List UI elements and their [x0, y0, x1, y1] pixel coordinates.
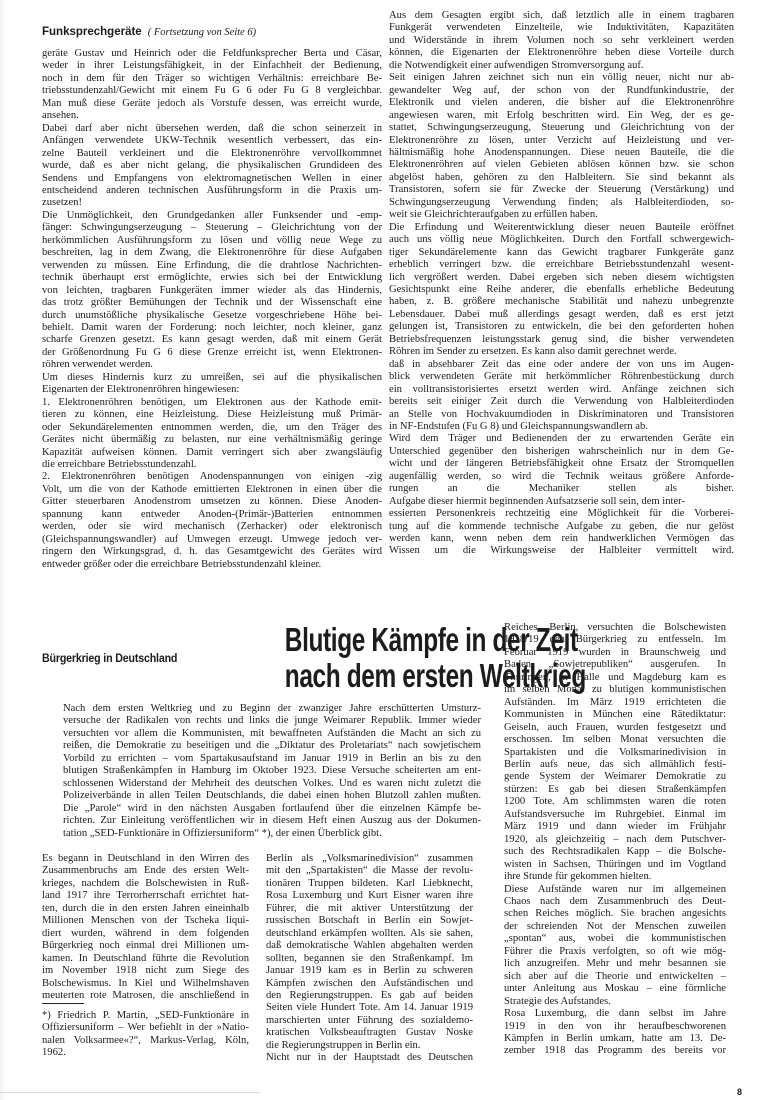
text-line: reißen, die Demokratie zu beseitigen und…	[63, 740, 481, 752]
text-line: such des Rechtsradikalen Kapp – die Bols…	[504, 846, 726, 858]
text-line: Kapazität aufweisen können. Damit verrin…	[42, 447, 382, 459]
article-2-column-3: Reiches, Berlin, versuchten die Bolschew…	[504, 622, 726, 1058]
text-line: ein volltransistorisiertes ersetzt werde…	[389, 384, 734, 396]
text-line: hältnismäßig hohe Anodenspannungen. Dies…	[389, 147, 734, 159]
text-line: gende System der Weimarer Demokratie zu	[504, 771, 726, 783]
text-line: diert wurden, während in dem folgenden	[42, 928, 249, 940]
text-line: essierten Personenkreis rechtzeitig eine…	[389, 508, 734, 520]
text-line: Führer, die mit aktiver Unterstützung de…	[266, 903, 473, 915]
text-line: Wird dem Träger und Bedienenden der zu e…	[389, 433, 734, 445]
text-line: land 1917 ihre Terrorherrschaft errichte…	[42, 890, 249, 902]
text-line: Bolschewismus. In Kiel und Wilhelmshaven	[42, 978, 249, 990]
text-line: entweder größer oder die erreichbare Bet…	[42, 559, 382, 571]
text-line: deutschland erkämpfen wollten. Als sie s…	[266, 928, 473, 940]
text-line: und Widerstände in ihrem Volumen noch so…	[389, 35, 734, 47]
text-line: entscheidend anderen technischen Ausführ…	[42, 185, 382, 197]
text-line: Eigenarten der Elektronenröhren hingewie…	[42, 384, 382, 396]
text-line: Betriebsfrequenzen leistungsstark genug …	[389, 334, 734, 346]
text-line: Sendens und Empfangens von elektromagnet…	[42, 173, 382, 185]
text-line: 1. Elektronenröhren benötigen, um Elektr…	[42, 397, 382, 409]
text-line: kratischen Volksbeauftragten Gustav Nosk…	[266, 1027, 473, 1039]
text-line: den Regierungstruppen. Es gab auf beiden	[266, 990, 473, 1002]
text-line: zusetzen!	[42, 197, 382, 209]
text-line: 1920, als gleichzeitig – nach dem Putsch…	[504, 834, 726, 846]
text-line: Wissen um die Wirkungsweise der Halbleit…	[389, 545, 734, 557]
text-line: geräte Gustav und Heinrich oder die Feld…	[42, 48, 382, 60]
text-line: Es begann in Deutschland in den Wirren d…	[42, 853, 249, 865]
text-line: Man muß diese Geräte jedoch als Vorstufe…	[42, 98, 382, 110]
text-line: Die Erfindung und Weiterentwicklung dies…	[389, 222, 734, 234]
text-line: noch in dem für den Träger so wichtigen …	[42, 73, 382, 85]
text-line: lich vergrößert werden. Dabei ergeben si…	[389, 272, 734, 284]
text-line: Berlin aufs neue, das sich allmählich fe…	[504, 759, 726, 771]
text-line: Elektronenröhre zu lösen, unter Verzicht…	[389, 135, 734, 147]
text-line: triebsstundenzahl/Gewicht mit einem Fu G…	[42, 85, 382, 97]
text-line: „spontan“ aus, wobei die kommunistischen	[504, 933, 726, 945]
text-line: wicht und der längeren Betriebsfähigkeit…	[389, 458, 734, 470]
footnote-rule	[42, 1003, 84, 1004]
text-line: richten. Zur Einleitung veröffentlichen …	[63, 815, 481, 827]
text-line: Thüringen, in Halle und Magdeburg kam es	[504, 672, 726, 684]
text-line: 1918/19 den Bürgerkrieg zu entfesseln. I…	[504, 634, 726, 646]
text-line: Polizeiverbände in allen Teilen Deutschl…	[63, 790, 481, 802]
article-1-left-column: geräte Gustav und Heinrich oder die Feld…	[42, 48, 382, 571]
text-line: Volt, um die von der Kathode emittierten…	[42, 484, 382, 496]
text-line: die Regierungstruppen in Berlin ein.	[266, 1040, 473, 1052]
text-line: Die Unmöglichkeit, den Grundgedanken all…	[42, 210, 382, 222]
text-line: Geiseln, auch Frauen, wurden festgesetzt…	[504, 722, 726, 734]
text-line: Aufgabe dieser hiermit beginnenden Aufsa…	[389, 496, 734, 508]
text-line: marschierten unter Führung des sozialdem…	[266, 1015, 473, 1027]
text-line: Um dieses Hindernis kurz zu umreißen, se…	[42, 372, 382, 384]
section-title-text: Funksprechgeräte	[42, 26, 142, 38]
page-number: 8	[737, 1087, 742, 1097]
text-line: Strategie des Aufstandes.	[504, 996, 726, 1008]
text-line: versuche der Radikalen von rechts und li…	[63, 715, 481, 727]
text-line: Schwingungserzeugung Verwendung finden; …	[389, 197, 734, 209]
text-line: Funkgerät verwendeten Einzelteile, wie I…	[389, 22, 734, 34]
text-line: tionären Truppen bildeten. Karl Liebknec…	[266, 878, 473, 890]
scan-edge	[0, 0, 6, 1100]
text-line: Seit einigen Jahren zeichnet sich nun ei…	[389, 72, 734, 84]
text-line: Aus dem Gesagten ergibt sich, daß letztl…	[389, 10, 734, 22]
text-line: der schreienden Not der Menschen zuweile…	[504, 921, 726, 933]
text-line: können, die Eigenarten der Elektronenröh…	[389, 47, 734, 59]
text-line: erheblich verringert bzw. die erreichbar…	[389, 259, 734, 271]
text-line: abgelöst haben, gehören zu den Halbleite…	[389, 172, 734, 184]
text-line: Die „Parole“ wird in den nächsten Ausgab…	[63, 803, 481, 815]
text-line: die Notwendigkeit einer aufwendigen Stro…	[389, 60, 734, 72]
text-line: schen Reiches möglich. Sie brachen anges…	[504, 908, 726, 920]
article-2-column-2: Berlin als „Volksmarinedivision“ zusamme…	[266, 853, 473, 1065]
text-line: an Stelle von Hochvakuumdioden in Diskri…	[389, 409, 734, 421]
text-line: Bürgerkrieg noch einmal drei Millionen u…	[42, 940, 249, 952]
text-line: Aufstandsversuche im Ruhrgebiet. Einmal …	[504, 809, 726, 821]
text-line: rungen an die Mechaniker stellen als bis…	[389, 483, 734, 495]
text-line: Diese Aufstände waren nur im allgemeinen	[504, 884, 726, 896]
text-line: durch unumstößliche physikalische Gesetz…	[42, 310, 382, 322]
text-line: Chaos nach dem Zusammenbruch des Deut-	[504, 896, 726, 908]
text-line: März 1919 und dann wieder im Frühjahr	[504, 821, 726, 833]
text-line: Spartakisten und die Volksmarinedivision…	[504, 747, 726, 759]
text-line: zember 1918 das Programm des bereits vor	[504, 1045, 726, 1057]
text-line: Kämpfen zwischen den Aufständischen und	[266, 978, 473, 990]
text-line: kamen. In Deutschland führte die Revolut…	[42, 953, 249, 965]
text-line: röhren verwendet werden.	[42, 359, 382, 371]
text-line: nalen Volksarmee«?“, Markus-Verlag, Köln…	[42, 1035, 249, 1047]
footnote: *) Friedrich P. Martin, „SED-Funktionäre…	[42, 1010, 249, 1060]
text-line: Rosa Luxemburg, die dann selbst im Jahre	[504, 1008, 726, 1020]
text-line: herkömmlichen Ausführungsform zu lösen u…	[42, 235, 382, 247]
text-line: im November 1918 nicht zum Siege des	[42, 965, 249, 977]
text-line: Dabei darf aber nicht übersehen werden, …	[42, 123, 382, 135]
text-line: Gitter steuerbaren Anodenstrom umsetzen …	[42, 496, 382, 508]
text-line: fänger: Schwingungserzeugung – Steuerung…	[42, 222, 382, 234]
text-line: blick verwendeten Geräte mit herkömmlich…	[389, 371, 734, 383]
text-line: sich aber auf die Theorie und entwickelt…	[504, 971, 726, 983]
text-line: Gerätes nicht übermäßig zu belasten, nur…	[42, 434, 382, 446]
text-line: behielt. Damit waren der Forderung: noch…	[42, 322, 382, 334]
text-line: spannung kann entweder Anoden-(Primär-)B…	[42, 509, 382, 521]
text-line: im selben Monat zu blutigen kommunistisc…	[504, 684, 726, 696]
text-line: meuterten rote Matrosen, die anschließen…	[42, 990, 249, 1002]
text-line: Millionen Menschen von der Tscheka liqui…	[42, 915, 249, 927]
text-line: haben, z. B. größere mechanische Stabili…	[389, 296, 734, 308]
text-line: daß demokratische Wahlen abgehalten werd…	[266, 940, 473, 952]
text-line: tung auf die kommende technische Aufgabe…	[389, 521, 734, 533]
text-line: Rosa Luxemburg und Kurt Eisner waren ihr…	[266, 890, 473, 902]
article-2-intro: Nach dem ersten Weltkrieg und zu Beginn …	[63, 703, 481, 840]
article-kicker: Bürgerkrieg in Deutschland	[42, 651, 177, 665]
text-line: Reiches, Berlin, versuchten die Bolschew…	[504, 622, 726, 634]
text-line: Elektronik und vielen anderen, die bishe…	[389, 97, 734, 109]
text-line: krieges, nachdem die Bolschewisten in Ru…	[42, 878, 249, 890]
text-line: versuchten vor allem die Kommunisten, mi…	[63, 728, 481, 740]
text-line: gewandelter Weg auf, der schon von der R…	[389, 85, 734, 97]
text-line: *) Friedrich P. Martin, „SED-Funktionäre…	[42, 1010, 249, 1022]
text-line: Seiten viele Hundert Tote. Am 14. Januar…	[266, 1002, 473, 1014]
text-line: gelungen ist, Transistoren zu entwickeln…	[389, 321, 734, 333]
text-line: schlossenen Widerstand der Mehrheit des …	[63, 778, 481, 790]
text-line: 1962.	[42, 1047, 249, 1059]
text-line: ringern den Wirkungsgrad, d. h. das Gesa…	[42, 546, 382, 558]
text-line: ihre Stunde für gekommen hielten.	[504, 871, 726, 883]
text-line: Kommunisten in München eine Rätediktatur…	[504, 709, 726, 721]
text-line: Elektronenröhren auf vielen Gebieten abl…	[389, 159, 734, 171]
text-line: Zusammenbruchs am Ende des ersten Welt-	[42, 865, 249, 877]
text-line: weder in ihrer Leistungsfähigkeit, in de…	[42, 60, 382, 72]
headline: Blutige Kämpfe in der Zeit nach dem erst…	[212, 622, 492, 694]
text-line: beschreiten, lag in dem Zwang, die Elekt…	[42, 247, 382, 259]
text-line: bereits seit einiger Zeit durch die Verw…	[389, 396, 734, 408]
text-line: das trotz größter Bemühungen der Technik…	[42, 297, 382, 309]
text-line: russischen Botschaft in Berlin ein Sowje…	[266, 915, 473, 927]
text-line: Röhren im Sender zu ersetzen. Es kann al…	[389, 346, 734, 358]
text-line: Vorbild zu errichten – vom Spartakusaufs…	[63, 753, 481, 765]
text-line: lich anzugreifen. Mehr und mehr besannen…	[504, 958, 726, 970]
text-line: Transistoren, sofern sie für Zwecke der …	[389, 184, 734, 196]
text-line: wurde, daß es aber nicht gelang, die phy…	[42, 160, 382, 172]
text-line: stattet, Schwingungserzeugung, Steuerung…	[389, 122, 734, 134]
article-2-column-1: Es begann in Deutschland in den Wirren d…	[42, 853, 249, 1002]
text-line: Unterschied gegenüber den bisherigen wah…	[389, 446, 734, 458]
text-line: Februar 1919 wurden in Braunschweig und	[504, 647, 726, 659]
text-line: in NF-Endstufen (Fu G 8) und Gleichspann…	[389, 421, 734, 433]
text-line: von leichten, tragbaren Funkgeräten imme…	[42, 285, 382, 297]
text-line: der Größenordnung Fu G 6 diese Grenze er…	[42, 347, 382, 359]
text-line: Berlin als „Volksmarinedivision“ zusamme…	[266, 853, 473, 865]
text-line: weit sie Gleichrichteraufgaben zu erfüll…	[389, 209, 734, 221]
text-line: blutigen Straßenkämpfen in Hamburg im Ok…	[63, 765, 481, 777]
text-line: Nach dem ersten Weltkrieg und zu Beginn …	[63, 703, 481, 715]
text-line: ten, durch die in den ersten Jahren eine…	[42, 903, 249, 915]
text-line: 1919 in den von ihr heraufbeschworenen	[504, 1021, 726, 1033]
text-line: sollten, begannen sie den Straßenkampf. …	[266, 953, 473, 965]
text-line: wisten in Sachsen, Thüringen und im Vogt…	[504, 859, 726, 871]
text-line: mit den „Spartakisten“ die Masse der rev…	[266, 865, 473, 877]
text-line: 1200 Tote. Am schlimmsten waren die rote…	[504, 796, 726, 808]
text-line: Gesichtspunkt eine Reihe anderer, die eb…	[389, 284, 734, 296]
headline-line-1: Blutige Kämpfe in der Zeit	[285, 622, 492, 658]
text-line: Anfängen verwendete UKW-Technik wesentli…	[42, 135, 382, 147]
text-line: oder Sekundärelementen entnommen werden,…	[42, 422, 382, 434]
text-line: werden kann, wenn neben dem rein handwer…	[389, 533, 734, 545]
text-line: zelne Bauteil verkleinert und die Elektr…	[42, 148, 382, 160]
text-line: Führer die Praxis verfolgten, so oft wie…	[504, 946, 726, 958]
text-line: auch uns völlig neue Möglichkeiten. Durc…	[389, 234, 734, 246]
text-line: tiger Sekundärelemente kann das Gewicht …	[389, 247, 734, 259]
text-line: tation „SED-Funktionäre in Offiziersunif…	[63, 828, 481, 840]
text-line: unter Anleitung aus Moskau – eine förmli…	[504, 983, 726, 995]
headline-line-2: nach dem ersten Weltkrieg	[285, 658, 492, 694]
text-line: werden, oder sie wird mechanisch (Zerhac…	[42, 521, 382, 533]
text-line: tieren zu können, eine Heizleistung. Die…	[42, 409, 382, 421]
text-line: daß in absehbarer Zeit das eine oder and…	[389, 359, 734, 371]
text-line: stürzen: Es gab bei diesen Straßenkämpfe…	[504, 784, 726, 796]
text-line: Lebensdauer. Dabei muß allerdings gesagt…	[389, 309, 734, 321]
text-line: 2. Elektronenröhren benötigen Anodenspan…	[42, 471, 382, 483]
scan-bottom-edge	[0, 1092, 260, 1093]
text-line: Nicht nur in der Hauptstadt des Deutsche…	[266, 1052, 473, 1064]
continuation-note: ( Fortsetzung von Seite 6)	[148, 27, 256, 38]
text-line: scharfe Grenzen gesetzt. Es kann gesagt …	[42, 334, 382, 346]
text-line: Aufständen. Im März 1919 errichteten die	[504, 697, 726, 709]
text-line: die erreichbare Betriebsstundenzahl.	[42, 459, 382, 471]
text-line: augenfällig werden, so wird die Technik …	[389, 471, 734, 483]
text-line: Offiziersuniform – Wer befiehlt in der »…	[42, 1022, 249, 1034]
article-1-right-column: Aus dem Gesagten ergibt sich, daß letztl…	[389, 10, 734, 558]
text-line: erschossen. Im selben Monat versuchten d…	[504, 734, 726, 746]
text-line: technik überhaupt erst ermöglichte, erwi…	[42, 272, 382, 284]
text-line: Baden „Sowjetrepubliken“ ausgerufen. In	[504, 659, 726, 671]
text-line: Januar 1919 kam es in Berlin zu schweren	[266, 965, 473, 977]
text-line: ansehen.	[42, 110, 382, 122]
text-line: (Gleichspannungswandler) auf Umwegen erz…	[42, 534, 382, 546]
section-title: Funksprechgeräte( Fortsetzung von Seite …	[42, 26, 256, 38]
text-line: Kämpfen in Berlin umkam, hatte am 13. De…	[504, 1033, 726, 1045]
text-line: angewiesen waren, mit Erfolg beschritten…	[389, 110, 734, 122]
text-line: verwenden zu müssen. Eine Erfindung, die…	[42, 260, 382, 272]
